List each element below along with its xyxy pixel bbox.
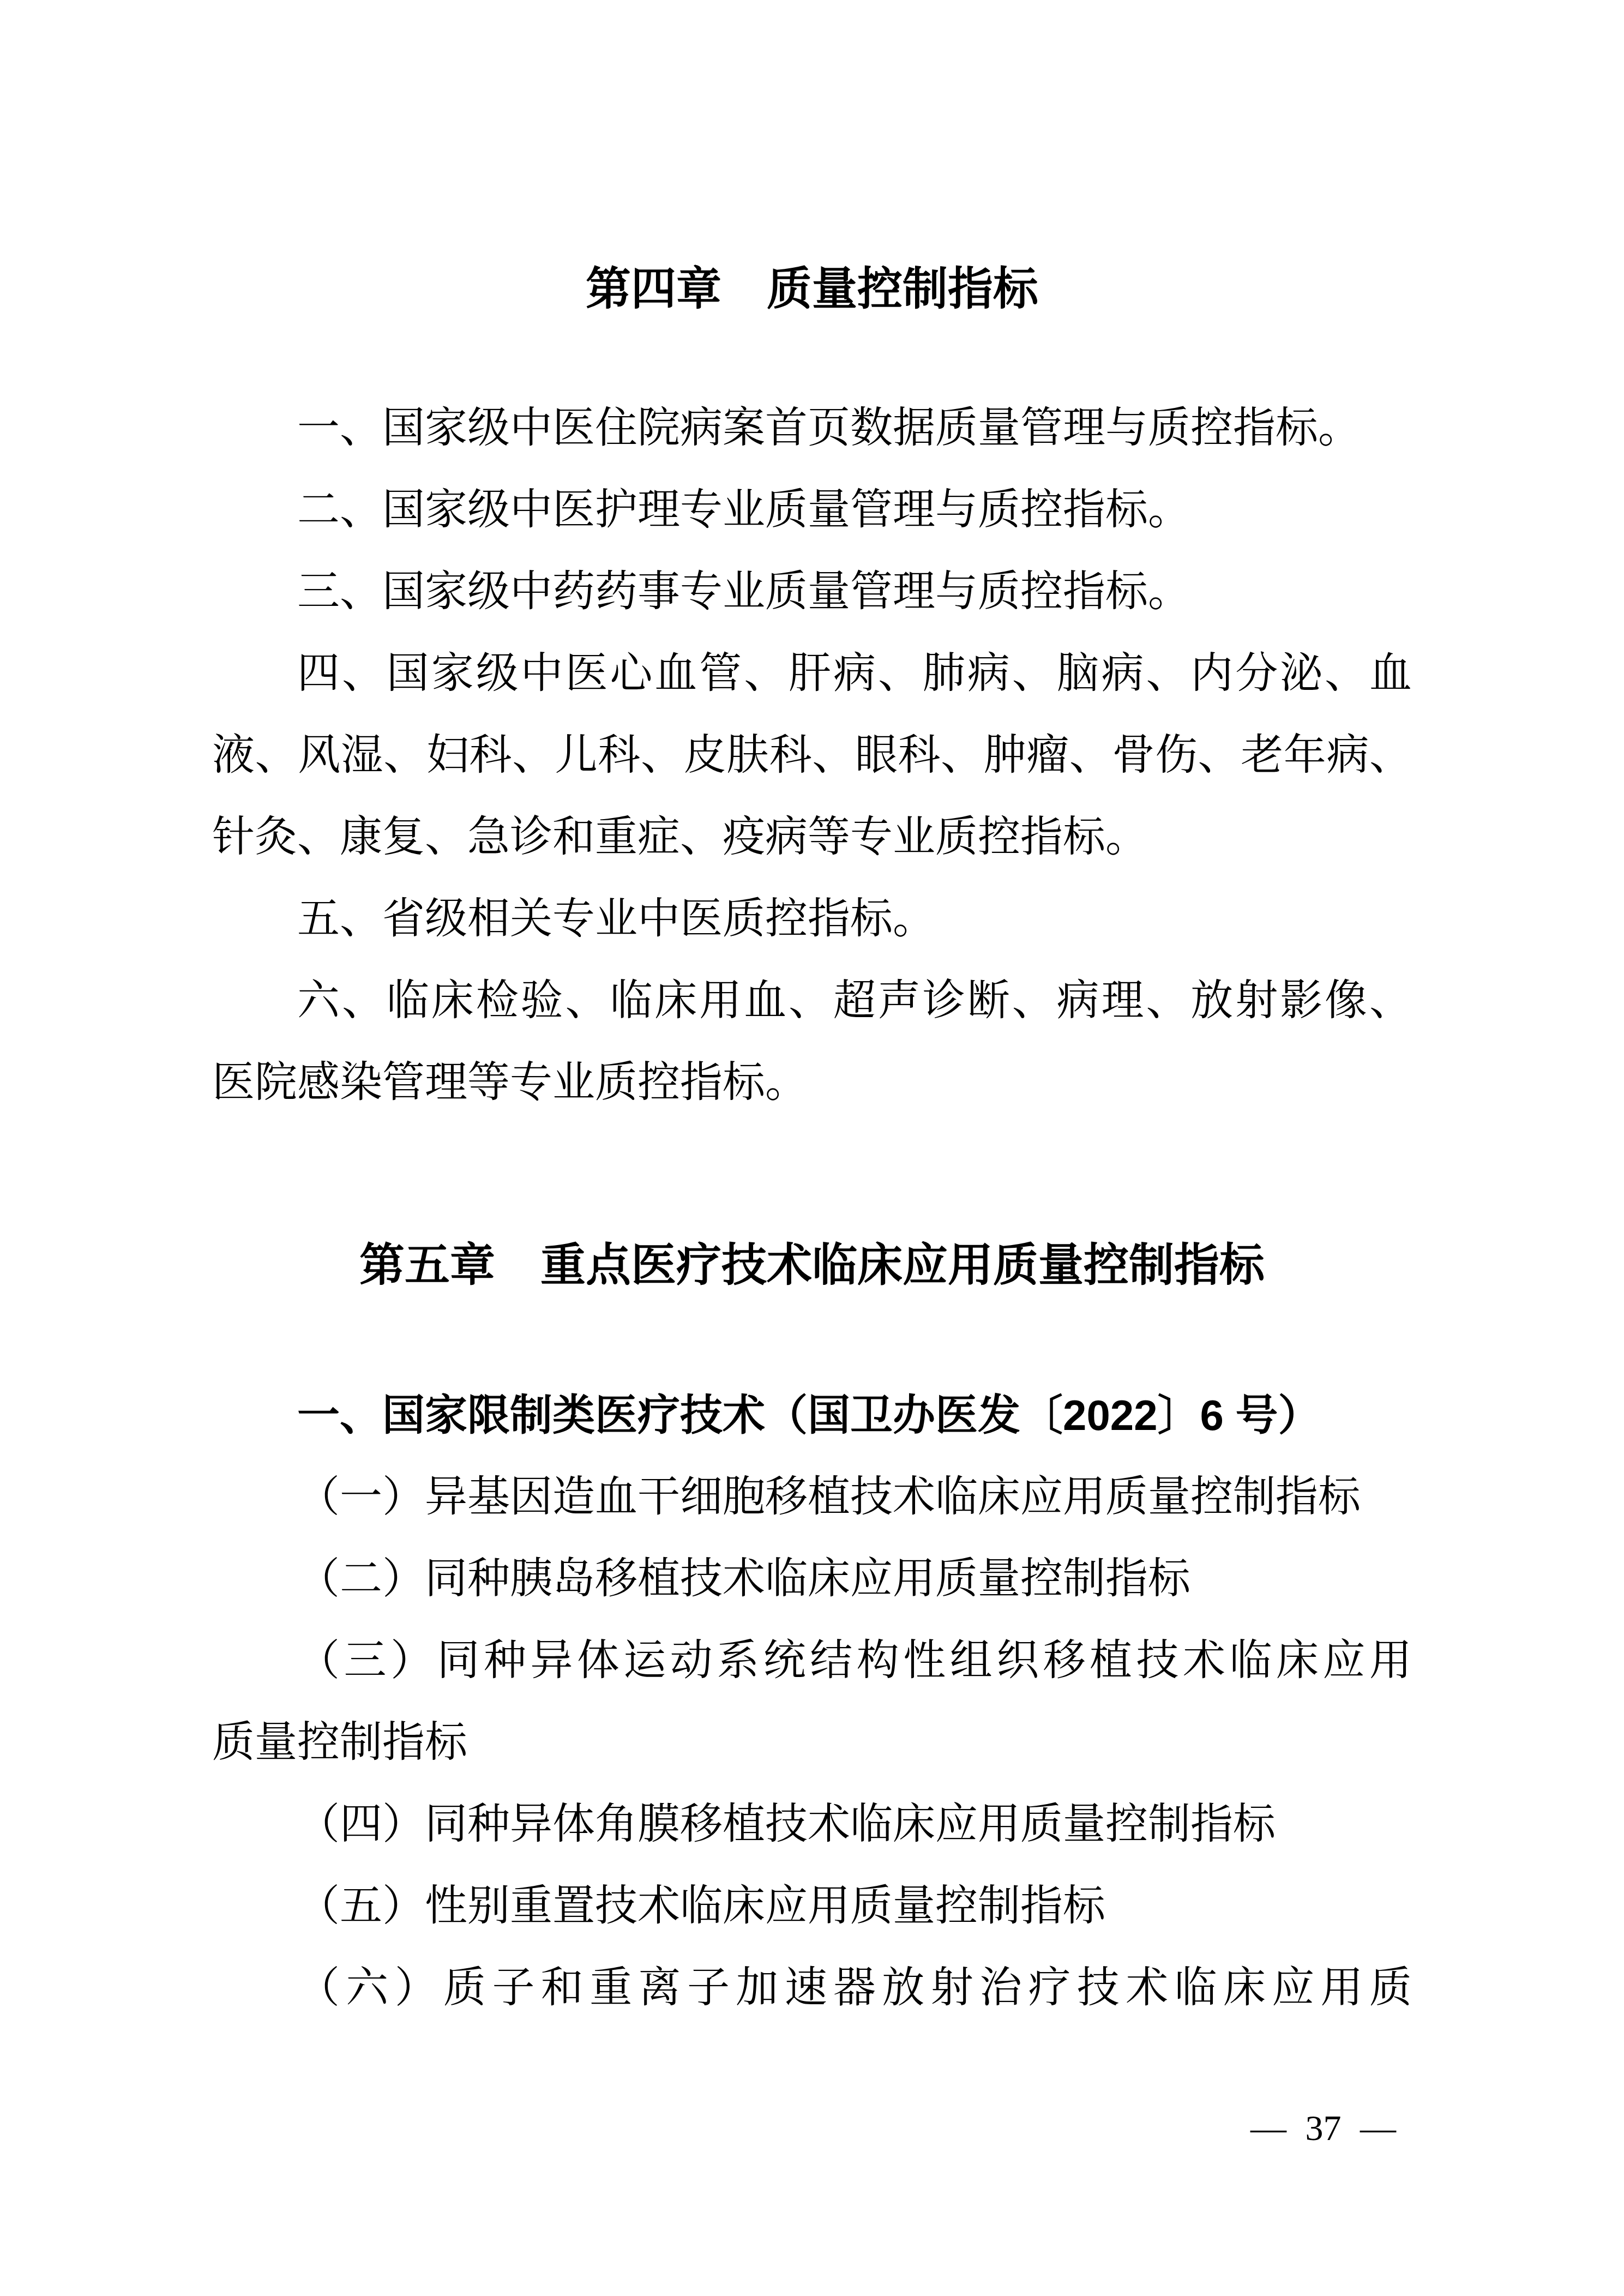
chapter5-line: 一、国家限制类医疗技术（国卫办医发〔2022〕6 号） [212,1374,1412,1456]
chapter4-line: 针灸、康复、急诊和重症、疫病等专业质控指标。 [212,796,1412,878]
chapter5-line: 质量控制指标 [212,1702,1412,1783]
chapter5-line: （一）异基因造血干细胞移植技术临床应用质量控制指标 [212,1456,1412,1538]
chapter4-body: 一、国家级中医住院病案首页数据质量管理与质控指标。二、国家级中医护理专业质量管理… [212,387,1412,1123]
chapter5-title: 第五章 重点医疗技术临床应用质量控制指标 [212,1224,1412,1306]
chapter4-line: 四、国家级中医心血管、肝病、肺病、脑病、内分泌、血 [212,633,1412,714]
chapter4-line: 五、省级相关专业中医质控指标。 [212,878,1412,960]
chapter4-line: 三、国家级中药药事专业质量管理与质控指标。 [212,551,1412,633]
chapter4-title: 第四章 质量控制指标 [212,248,1412,330]
chapter4-line: 二、国家级中医护理专业质量管理与质控指标。 [212,469,1412,551]
chapter5-line: （六）质子和重离子加速器放射治疗技术临床应用质 [212,1947,1412,2029]
chapter5-body: 一、国家限制类医疗技术（国卫办医发〔2022〕6 号）（一）异基因造血干细胞移植… [212,1374,1412,2029]
chapter5-line: （二）同种胰岛移植技术临床应用质量控制指标 [212,1538,1412,1620]
chapter4-line: 液、风湿、妇科、儿科、皮肤科、眼科、肿瘤、骨伤、老年病、 [212,714,1412,796]
chapter5-line: （四）同种异体角膜移植技术临床应用质量控制指标 [212,1783,1412,1865]
chapter5-line: （三）同种异体运动系统结构性组织移植技术临床应用 [212,1620,1412,1702]
chapter4-line: 医院感染管理等专业质控指标。 [212,1042,1412,1123]
document-page: 第四章 质量控制指标 一、国家级中医住院病案首页数据质量管理与质控指标。二、国家… [0,0,1624,2296]
chapter4-line: 一、国家级中医住院病案首页数据质量管理与质控指标。 [212,387,1412,469]
chapter4-line: 六、临床检验、临床用血、超声诊断、病理、放射影像、 [212,960,1412,1042]
page-number: — 37 — [1250,2104,1396,2153]
chapter5-line: （五）性别重置技术临床应用质量控制指标 [212,1865,1412,1947]
page-content: 第四章 质量控制指标 一、国家级中医住院病案首页数据质量管理与质控指标。二、国家… [212,0,1412,2029]
